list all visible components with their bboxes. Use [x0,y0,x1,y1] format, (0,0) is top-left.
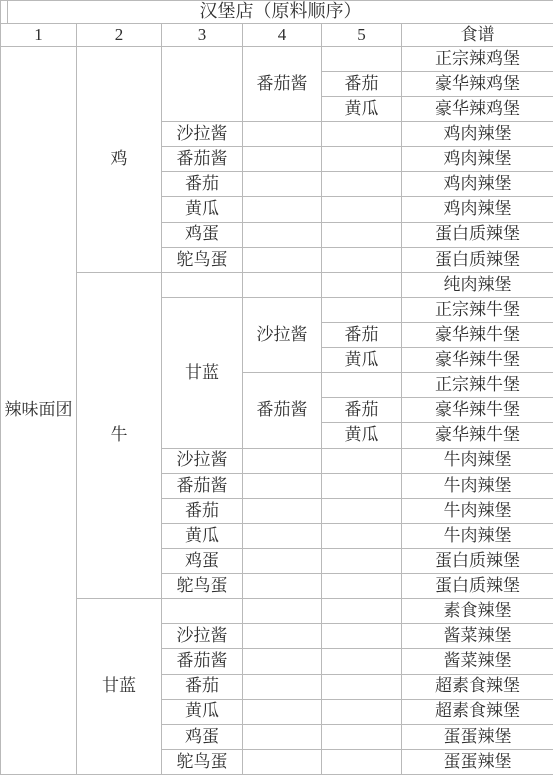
recipe-cell: 豪华辣牛堡 [402,322,553,347]
table-title: 汉堡店（原料顺序） [8,1,553,24]
empty-cell [243,498,322,523]
empty-cell [243,247,322,272]
empty-cell [243,699,322,724]
ingredient-cell: 黄瓜 [162,699,243,724]
empty-cell [243,222,322,247]
recipe-cell: 蛋白质辣堡 [402,548,553,573]
empty-cell [243,122,322,147]
empty-cell [322,749,402,774]
empty-cell [162,599,243,624]
empty-cell [243,649,322,674]
empty-cell [243,624,322,649]
ingredient-cell: 鸡蛋 [162,222,243,247]
empty-cell [322,473,402,498]
recipe-cell: 豪华辣鸡堡 [402,71,553,96]
empty-cell [243,523,322,548]
ingredient-cell: 沙拉酱 [162,624,243,649]
recipe-cell: 正宗辣牛堡 [402,373,553,398]
empty-cell [322,674,402,699]
column-header-1: 1 [1,23,77,46]
cabbage-sub-cell: 甘蓝 [162,297,243,448]
burger-ingredient-order-table: 汉堡店（原料顺序） 1 2 3 4 5 食谱 辣味面团 鸡 番茄酱 正宗辣鸡堡 … [0,0,553,775]
ingredient-cell: 黄瓜 [162,197,243,222]
empty-cell [243,574,322,599]
recipe-cell: 蛋白质辣堡 [402,574,553,599]
empty-cell [322,373,402,398]
recipe-cell: 蛋白质辣堡 [402,247,553,272]
recipe-cell: 豪华辣牛堡 [402,348,553,373]
empty-cell [243,724,322,749]
dough-cell: 辣味面团 [1,46,77,774]
ingredient-cell: 番茄 [322,398,402,423]
group-chicken-cell: 鸡 [77,46,162,272]
recipe-cell: 纯肉辣堡 [402,272,553,297]
empty-cell [322,448,402,473]
ingredient-cell: 鸵鸟蛋 [162,749,243,774]
empty-cell [243,599,322,624]
recipe-cell: 牛肉辣堡 [402,448,553,473]
recipe-cell: 超素食辣堡 [402,674,553,699]
empty-cell [322,574,402,599]
ingredient-cell: 番茄酱 [243,46,322,121]
ingredient-cell: 番茄 [162,172,243,197]
column-header-recipe: 食谱 [402,23,553,46]
empty-cell [322,498,402,523]
empty-cell [243,473,322,498]
empty-cell [243,674,322,699]
ingredient-cell: 黄瓜 [162,523,243,548]
empty-cell [322,122,402,147]
recipe-cell: 酱菜辣堡 [402,624,553,649]
empty-cell [322,548,402,573]
spreadsheet-canvas: 汉堡店（原料顺序） 1 2 3 4 5 食谱 辣味面团 鸡 番茄酱 正宗辣鸡堡 … [0,0,553,775]
empty-cell [243,448,322,473]
recipe-cell: 蛋蛋辣堡 [402,749,553,774]
empty-cell [322,197,402,222]
recipe-cell: 蛋白质辣堡 [402,222,553,247]
ingredient-cell: 黄瓜 [322,97,402,122]
column-header-4: 4 [243,23,322,46]
empty-cell [322,624,402,649]
recipe-cell: 豪华辣鸡堡 [402,97,553,122]
empty-cell [243,147,322,172]
recipe-cell: 鸡肉辣堡 [402,147,553,172]
column-header-3: 3 [162,23,243,46]
recipe-cell: 超素食辣堡 [402,699,553,724]
recipe-cell: 正宗辣牛堡 [402,297,553,322]
empty-cell [322,724,402,749]
group-beef-cell: 牛 [77,272,162,598]
column-header-5: 5 [322,23,402,46]
empty-cell [322,523,402,548]
empty-cell [162,272,243,297]
ingredient-cell: 番茄 [162,674,243,699]
recipe-cell: 鸡肉辣堡 [402,122,553,147]
ingredient-cell: 沙拉酱 [243,297,322,372]
empty-cell [243,749,322,774]
recipe-cell: 素食辣堡 [402,599,553,624]
ingredient-cell: 番茄 [322,322,402,347]
recipe-cell: 牛肉辣堡 [402,523,553,548]
ingredient-cell: 黄瓜 [322,423,402,448]
ingredient-cell: 黄瓜 [322,348,402,373]
empty-cell [322,147,402,172]
recipe-cell: 酱菜辣堡 [402,649,553,674]
group-cabbage-cell: 甘蓝 [77,599,162,775]
empty-cell [243,272,322,297]
title-spacer-cell [1,1,8,24]
ingredient-cell: 沙拉酱 [162,448,243,473]
empty-cell [322,272,402,297]
empty-cell [322,699,402,724]
ingredient-cell: 番茄酱 [162,649,243,674]
empty-cell [243,548,322,573]
ingredient-cell: 番茄 [162,498,243,523]
ingredient-cell: 番茄酱 [243,373,322,448]
ingredient-cell: 鸡蛋 [162,548,243,573]
empty-cell [322,222,402,247]
ingredient-cell: 番茄酱 [162,147,243,172]
empty-cell [243,197,322,222]
empty-cell [322,247,402,272]
recipe-cell: 鸡肉辣堡 [402,197,553,222]
empty-cell [322,46,402,71]
ingredient-cell: 鸵鸟蛋 [162,247,243,272]
empty-cell [322,599,402,624]
recipe-cell: 正宗辣鸡堡 [402,46,553,71]
recipe-cell: 豪华辣牛堡 [402,423,553,448]
empty-cell [243,172,322,197]
ingredient-cell: 鸡蛋 [162,724,243,749]
recipe-cell: 蛋蛋辣堡 [402,724,553,749]
recipe-cell: 牛肉辣堡 [402,498,553,523]
ingredient-cell: 番茄酱 [162,473,243,498]
ingredient-cell: 鸵鸟蛋 [162,574,243,599]
ingredient-cell: 番茄 [322,71,402,96]
empty-cell [322,297,402,322]
empty-cell [322,172,402,197]
recipe-cell: 豪华辣牛堡 [402,398,553,423]
empty-cell [162,46,243,121]
ingredient-cell: 沙拉酱 [162,122,243,147]
column-header-2: 2 [77,23,162,46]
recipe-cell: 鸡肉辣堡 [402,172,553,197]
empty-cell [322,649,402,674]
recipe-cell: 牛肉辣堡 [402,473,553,498]
